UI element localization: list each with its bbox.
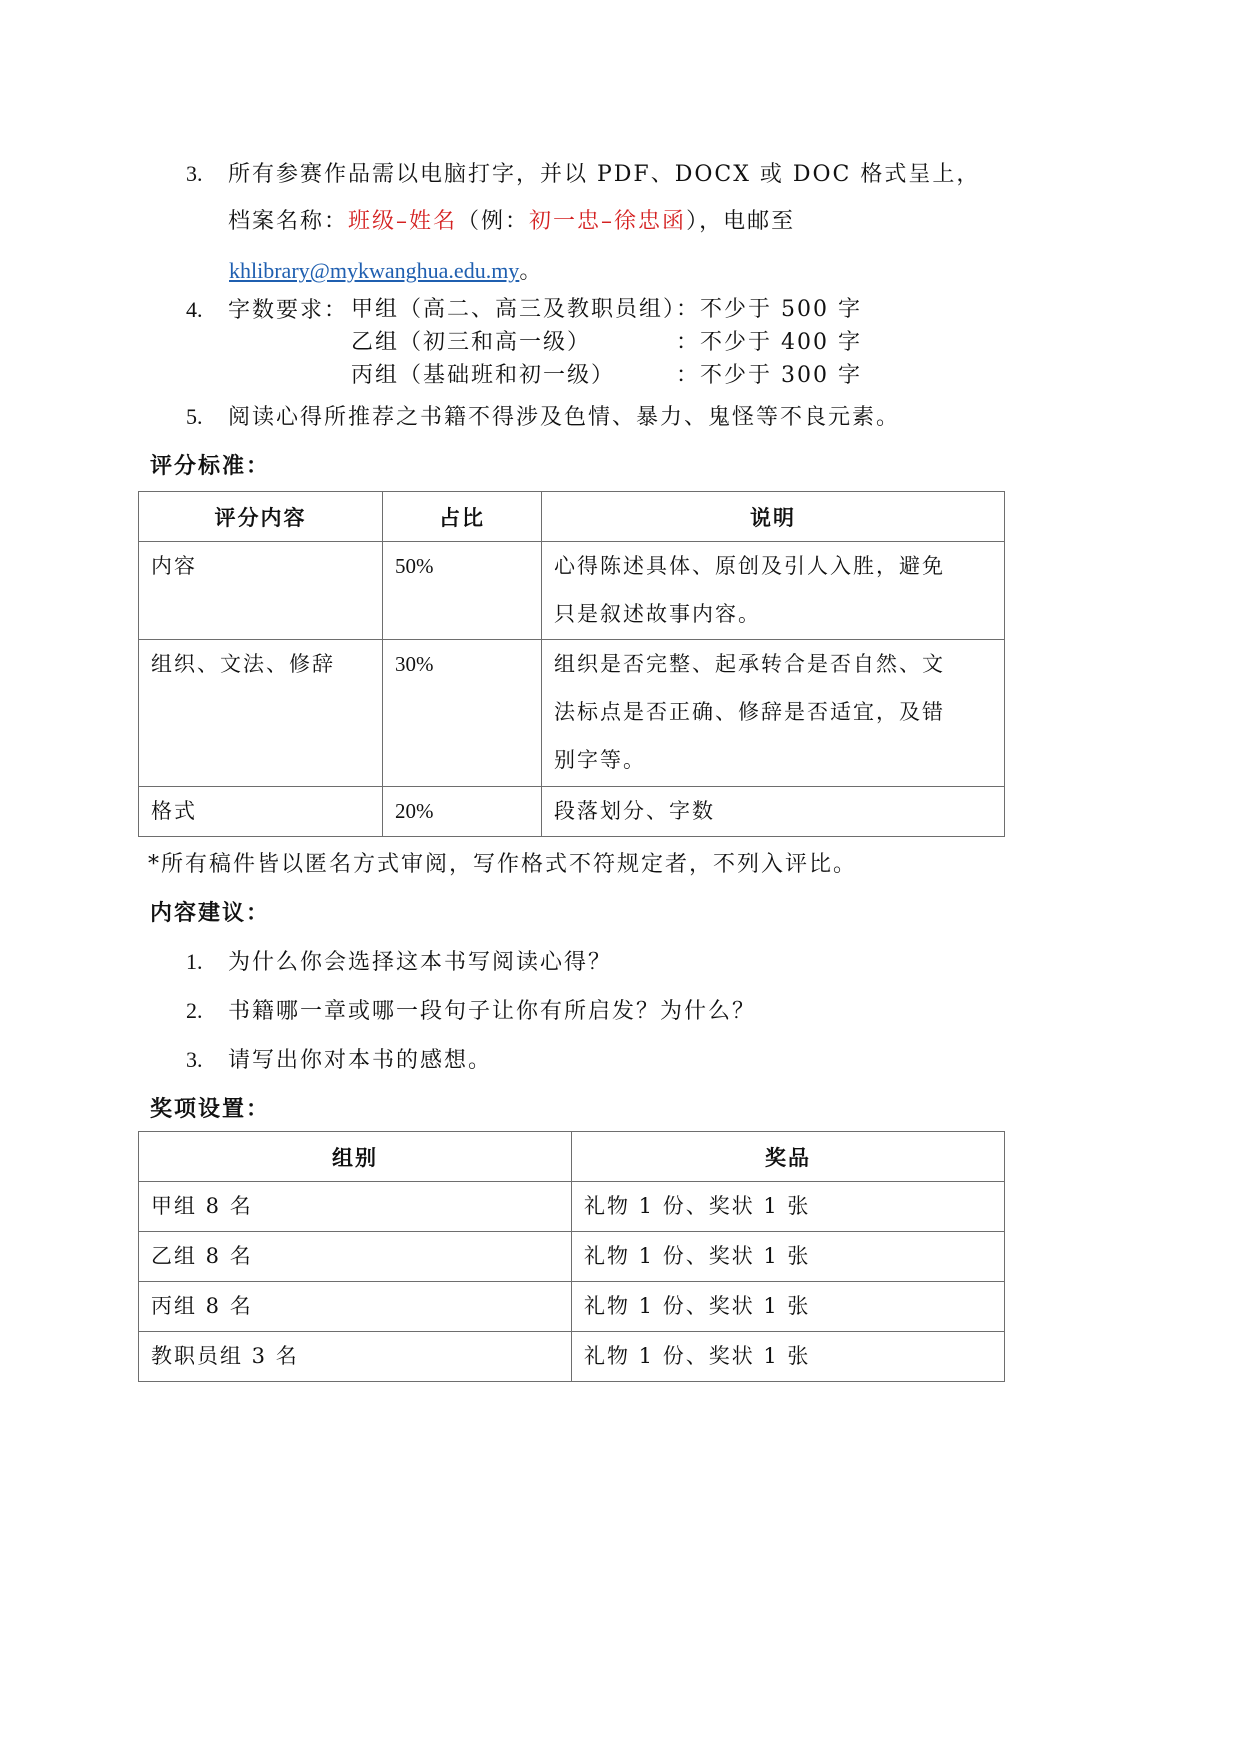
example-open: （例： [457,209,529,234]
column-header: 评分内容 [139,492,383,542]
group-cell: 甲组 8 名 [139,1182,572,1232]
table-row: 内容 50% 心得陈述具体、原创及引人入胜，避免 只是叙述故事内容。 [139,542,1005,640]
word-count-group-c: 丙组（基础班和初一级） [351,361,615,391]
table-row: 丙组 8 名 礼物 1 份、奖状 1 张 [139,1282,1005,1332]
group-cell: 教职员组 3 名 [139,1332,572,1382]
column-header: 占比 [383,492,542,542]
document-page: 3.所有参赛作品需以电脑打字，并以 PDF、DOCX 或 DOC 格式呈上， 档… [0,0,1241,1755]
suggestion-item-3: 3.请写出你对本书的感想。 [186,1045,492,1076]
table-row: 格式 20% 段落划分、字数 [139,787,1005,837]
scoring-note: *所有稿件皆以匿名方式审阅，写作格式不符规定者，不列入评比。 [148,850,857,880]
description-cell: 组织是否完整、起承转合是否自然、文 法标点是否正确、修辞是否适宜，及错 别字等。 [542,640,1005,787]
suggestion-item-1: 1.为什么你会选择这本书写阅读心得？ [186,947,612,978]
suggestion-item-2: 2.书籍哪一章或哪一段句子让你有所启发？为什么？ [186,996,756,1027]
table-header-row: 评分内容 占比 说明 [139,492,1005,542]
list-number: 3. [186,159,228,189]
group-cell: 乙组 8 名 [139,1232,572,1282]
prize-cell: 礼物 1 份、奖状 1 张 [572,1332,1005,1382]
weight-cell: 50% [383,542,542,640]
table-row: 甲组 8 名 礼物 1 份、奖状 1 张 [139,1182,1005,1232]
word-count-group-a: 甲组（高二、高三及教职员组） [351,295,687,325]
awards-table: 组别 奖品 甲组 8 名 礼物 1 份、奖状 1 张 乙组 8 名 礼物 1 份… [138,1131,1005,1382]
rule-text: 阅读心得所推荐之书籍不得涉及色情、暴力、鬼怪等不良元素。 [228,405,900,430]
criterion-cell: 内容 [139,542,383,640]
word-count-label: 字数要求： [228,298,348,323]
table-row: 教职员组 3 名 礼物 1 份、奖状 1 张 [139,1332,1005,1382]
criterion-cell: 格式 [139,787,383,837]
table-row: 组织、文法、修辞 30% 组织是否完整、起承转合是否自然、文 法标点是否正确、修… [139,640,1005,787]
list-number: 2. [186,996,228,1026]
description-cell: 心得陈述具体、原创及引人入胜，避免 只是叙述故事内容。 [542,542,1005,640]
table-row: 乙组 8 名 礼物 1 份、奖状 1 张 [139,1232,1005,1282]
email-suffix: 。 [519,259,543,284]
list-number: 4. [186,295,228,325]
filename-label: 档案名称： [228,209,348,234]
awards-heading: 奖项设置： [150,1094,270,1124]
prize-cell: 礼物 1 份、奖状 1 张 [572,1282,1005,1332]
group-cell: 丙组 8 名 [139,1282,572,1332]
suggestions-heading: 内容建议： [150,898,270,928]
description-cell: 段落划分、字数 [542,787,1005,837]
column-header: 奖品 [572,1132,1005,1182]
weight-cell: 20% [383,787,542,837]
column-header: 说明 [542,492,1005,542]
prize-cell: 礼物 1 份、奖状 1 张 [572,1232,1005,1282]
list-number: 3. [186,1045,228,1075]
criterion-cell: 组织、文法、修辞 [139,640,383,787]
rule-item-5: 5.阅读心得所推荐之书籍不得涉及色情、暴力、鬼怪等不良元素。 [186,402,900,433]
scoring-heading: 评分标准： [150,451,270,481]
rule-item-3-line3: khlibrary@mykwanghua.edu.my。 [229,256,543,287]
rule-item-3-line1: 3.所有参赛作品需以电脑打字，并以 PDF、DOCX 或 DOC 格式呈上， [186,159,980,190]
scoring-table: 评分内容 占比 说明 内容 50% 心得陈述具体、原创及引人入胜，避免 只是叙述… [138,491,1005,837]
filename-example: 初一忠–徐忠函 [529,209,686,234]
word-count-req-b: ：不少于 400 字 [676,328,862,358]
word-count-req-c: ：不少于 300 字 [676,361,862,391]
word-count-req-a: ：不少于 500 字 [676,295,862,325]
column-header: 组别 [139,1132,572,1182]
email-link[interactable]: khlibrary@mykwanghua.edu.my [229,258,519,283]
rule-text: 所有参赛作品需以电脑打字，并以 PDF、DOCX 或 DOC 格式呈上， [228,162,980,187]
email-intro: ），电邮至 [686,209,795,234]
weight-cell: 30% [383,640,542,787]
list-number: 5. [186,402,228,432]
rule-item-3-line2: 档案名称：班级–姓名（例：初一忠–徐忠函），电邮至 [228,207,795,237]
word-count-group-b: 乙组（初三和高一级） [351,328,591,358]
prize-cell: 礼物 1 份、奖状 1 张 [572,1182,1005,1232]
rule-item-4-line1: 4.字数要求： [186,295,348,326]
table-header-row: 组别 奖品 [139,1132,1005,1182]
list-number: 1. [186,947,228,977]
filename-format: 班级–姓名 [348,209,457,234]
